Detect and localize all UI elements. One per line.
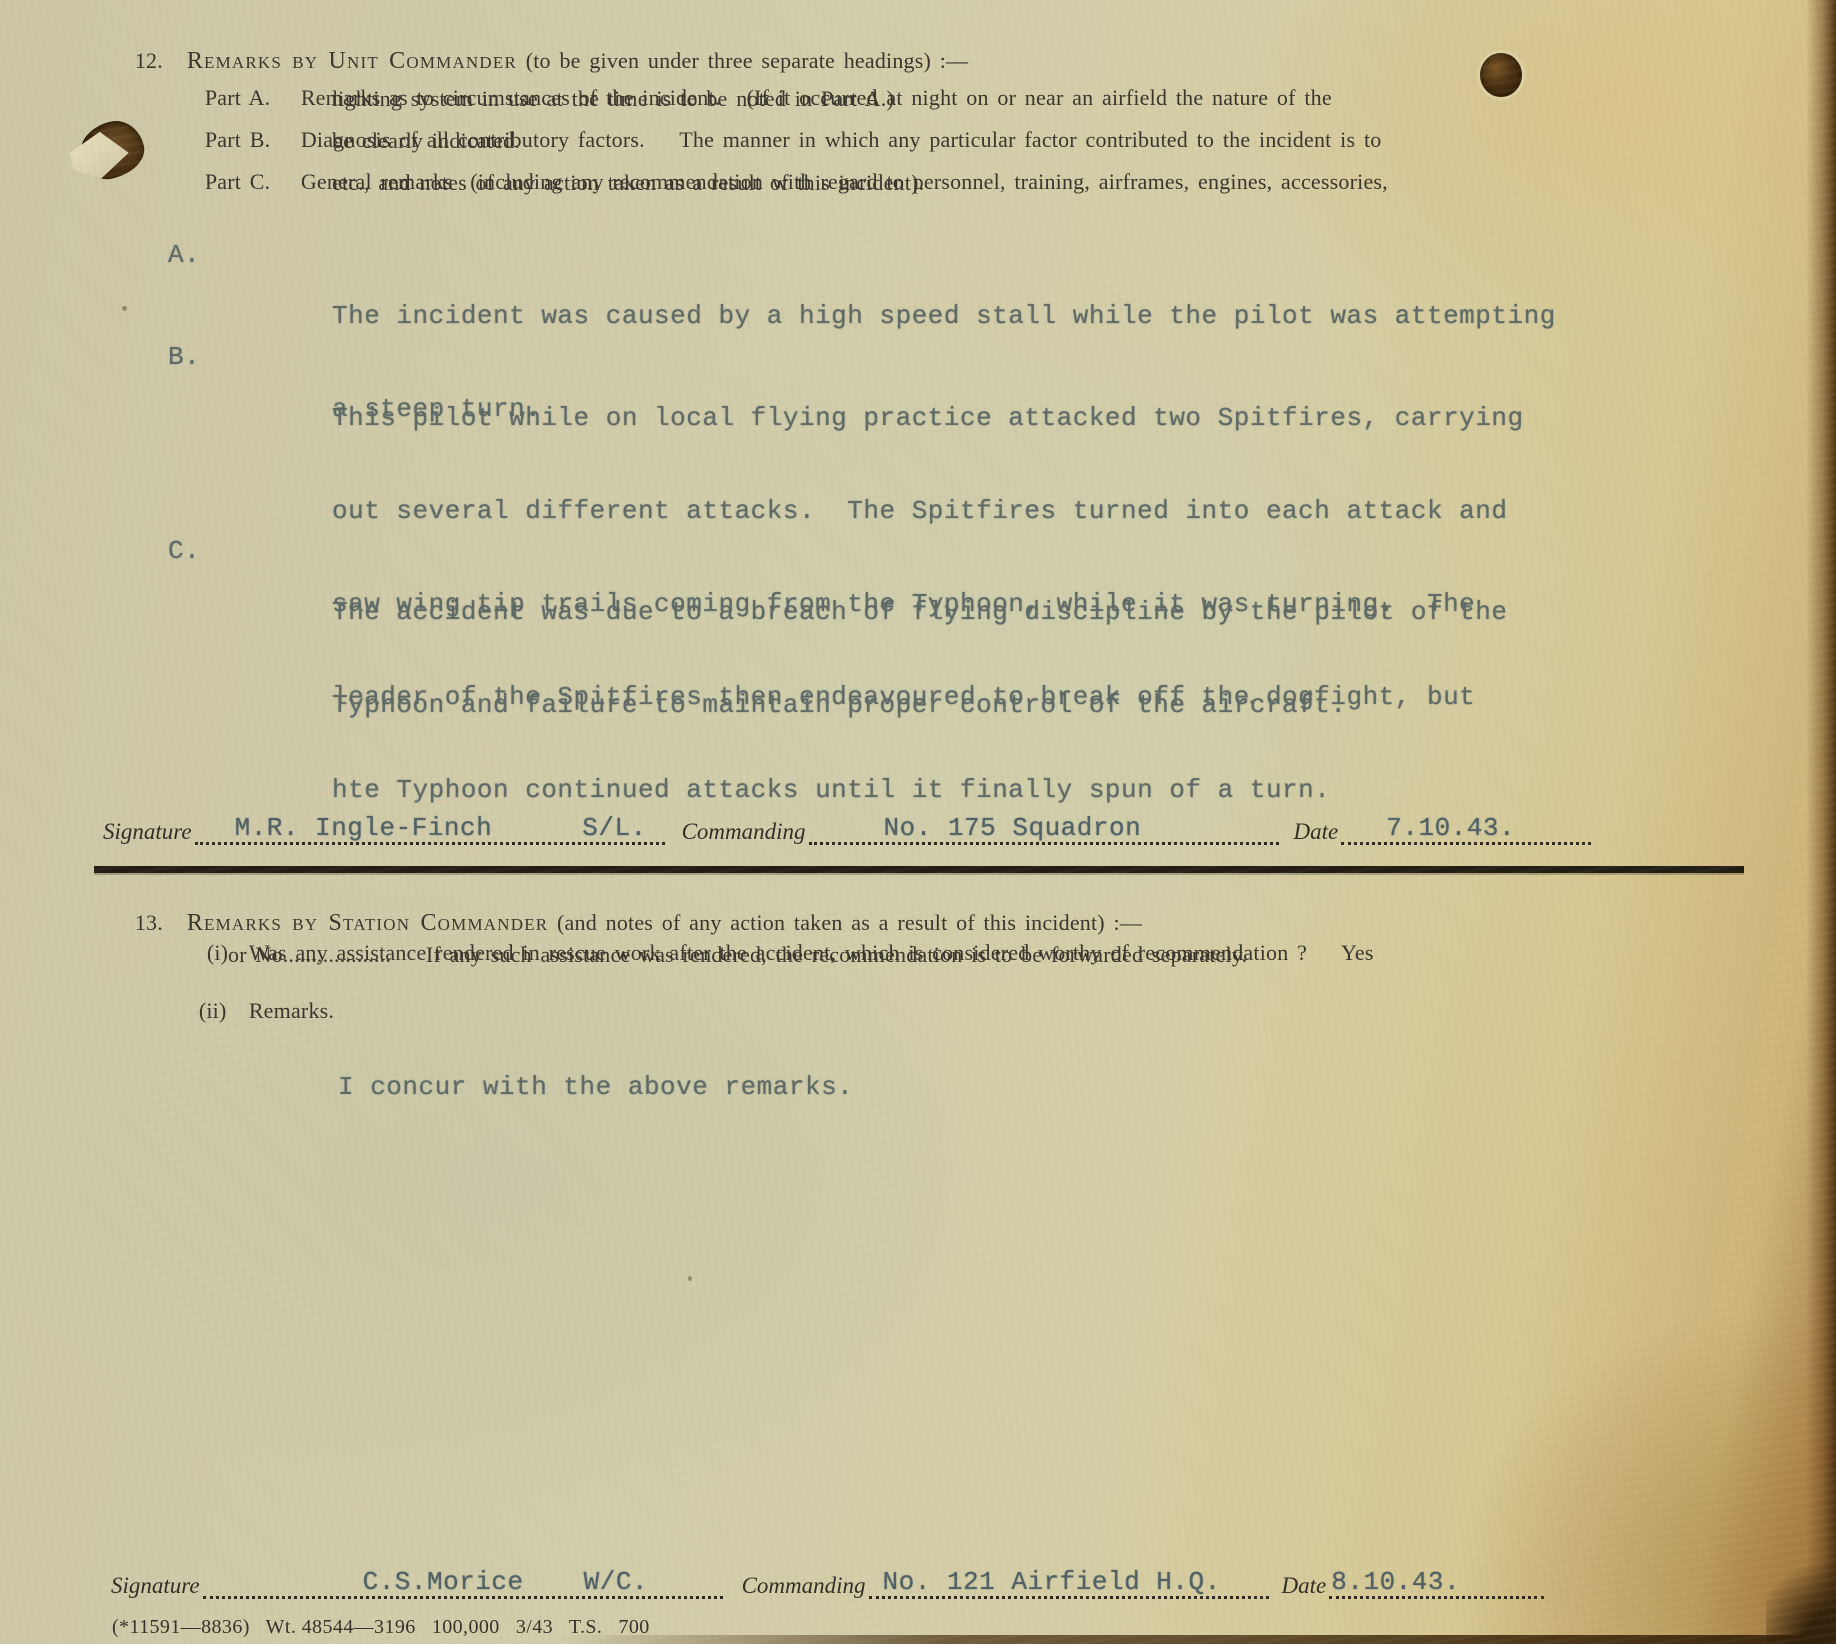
station-signature-date: 8.10.43. [1331,1567,1460,1597]
paper-speck [688,1276,692,1281]
station-signature-rank: W/C. [584,1567,648,1597]
station-signature-row: Signature C.S.Morice W/C. Commanding No.… [108,1560,1544,1599]
station-signature-name: C.S.Morice [363,1567,524,1597]
typed-remark-c: C. The accident was due to a breach of f… [168,536,1508,782]
paper-right-edge-shadow [1806,0,1836,1644]
date-line: 8.10.43. [1329,1560,1544,1599]
commanding-line: No. 175 Squadron [809,806,1279,845]
accident-report-form-page: 12.Remarks by Unit Commander (to be give… [0,0,1836,1644]
signature-label: Signature [108,1573,203,1599]
paper-corner-shadow [1766,1554,1836,1644]
item-ii-text: Remarks. [249,998,334,1023]
part-c-continuation: etc., and notes of any action taken as a… [332,169,924,196]
item-ii-label: (ii) [199,997,249,1024]
signature-line: M.R. Ingle-Finch S/L. [195,806,665,845]
unit-signature-row: Signature M.R. Ingle-Finch S/L. Commandi… [100,806,1591,845]
typed-line: The accident was due to a breach of flyi… [332,596,1508,629]
date-label: Date [1291,819,1342,845]
station-unit: No. 121 Airfield H.Q. [883,1567,1221,1597]
date-label: Date [1279,1573,1330,1599]
typed-remark-c-label: C. [168,536,332,566]
signature-label: Signature [100,819,195,845]
typed-line: The incident was caused by a high speed … [332,300,1556,333]
paper-bottom-edge-shadow [560,1635,1836,1644]
unit-signature-name: M.R. Ingle-Finch [235,813,493,843]
punch-hole [1480,53,1522,97]
item-ii-row: (ii)Remarks. [164,970,334,1051]
paper-speck [122,306,127,311]
commanding-label: Commanding [679,819,809,845]
unit-squadron: No. 175 Squadron [884,813,1142,843]
typed-line: Typhoon and failure to maintain proper c… [332,689,1508,722]
commanding-line: No. 121 Airfield H.Q. [869,1560,1269,1599]
unit-signature-rank: S/L. [582,813,646,843]
section-divider-rule [94,866,1744,873]
typed-line: out several different attacks. The Spitf… [332,495,1524,528]
date-line: 7.10.43. [1341,806,1591,845]
typed-remark-a-label: A. [168,240,332,270]
typed-remark-b-label: B. [168,342,332,372]
commanding-label: Commanding [739,1573,869,1599]
unit-signature-date: 7.10.43. [1386,813,1515,843]
typed-line: This pilot while on local flying practic… [332,402,1524,435]
part-c-label: Part C. [205,168,301,195]
concur-remark: I concur with the above remarks. [338,1072,853,1102]
signature-line: C.S.Morice W/C. [203,1560,723,1599]
item-i-continuation: or No................... If any such ass… [228,941,1247,968]
